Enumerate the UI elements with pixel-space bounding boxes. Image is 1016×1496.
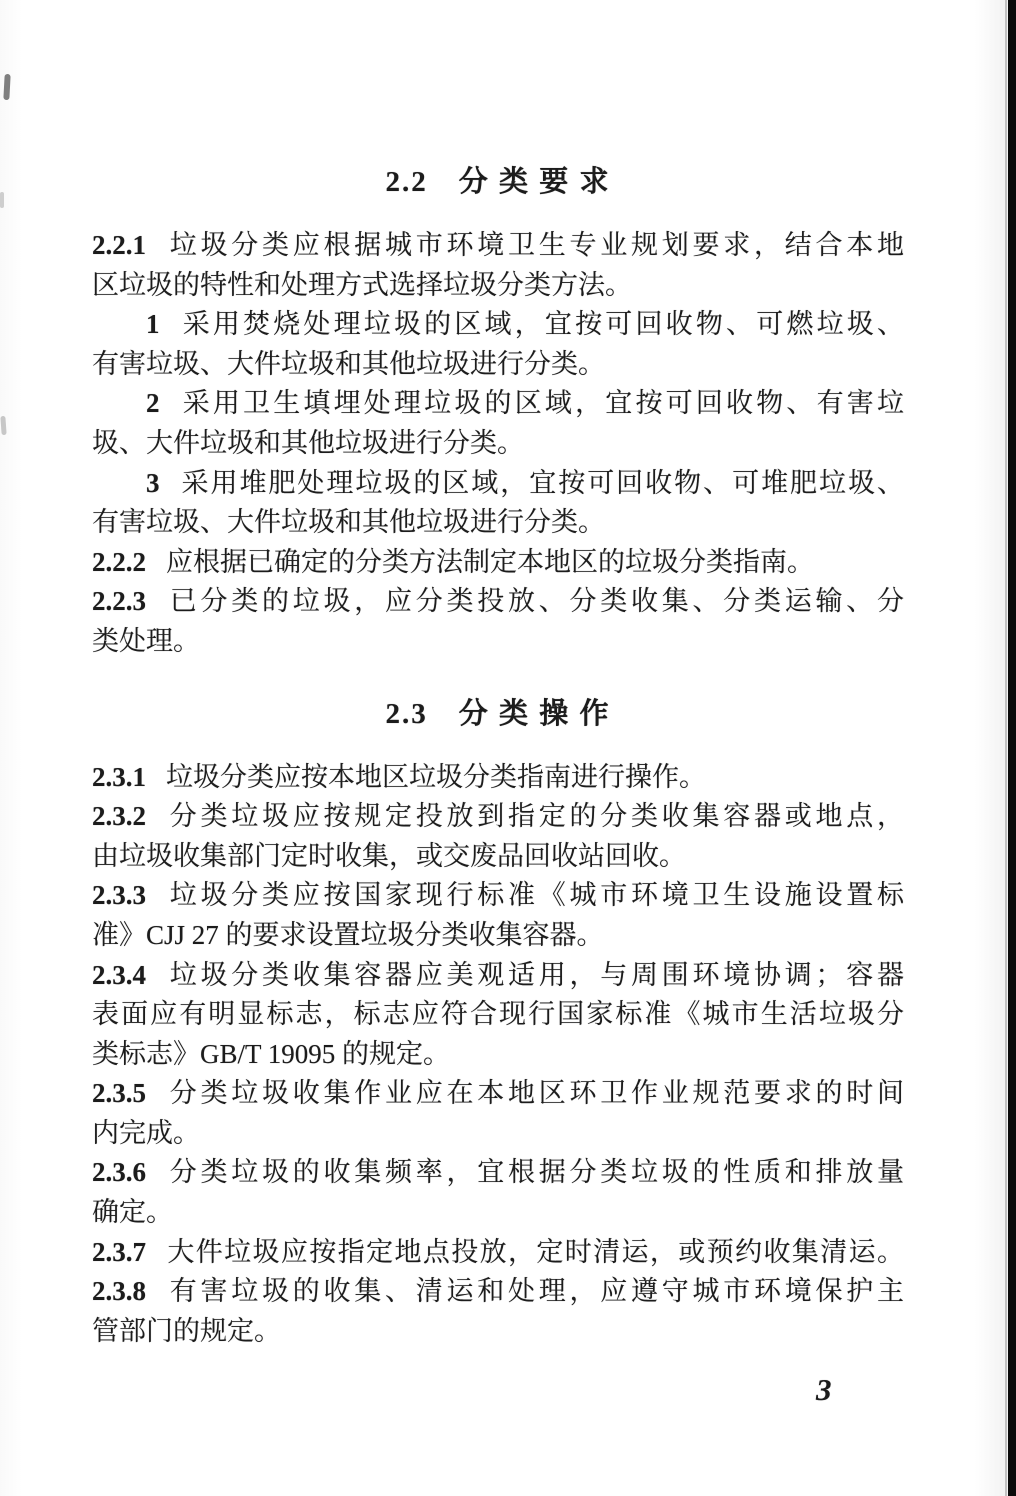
line-text: 圾、大件垃圾和其他垃圾进行分类。	[92, 428, 524, 458]
text-line: 圾、大件垃圾和其他垃圾进行分类。	[92, 424, 904, 464]
line-text: 区垃圾的特性和处理方式选择垃圾分类方法。	[92, 270, 632, 300]
text-line: 有害垃圾、大件垃圾和其他垃圾进行分类。	[92, 503, 904, 543]
text-line: 区垃圾的特性和处理方式选择垃圾分类方法。	[92, 266, 904, 306]
line-text: 采用堆肥处理垃圾的区域，宜按可回收物、可堆肥垃圾、	[180, 468, 905, 498]
clause-number: 3	[146, 468, 160, 498]
text-line: 2.3.2分类垃圾应按规定投放到指定的分类收集容器或地点，	[92, 797, 904, 837]
heading-text: 2.2 分 类 要 求	[385, 166, 610, 198]
text-line: 2.3.3垃圾分类应按国家现行标准《城市环境卫生设施设置标	[92, 876, 904, 916]
text-line: 确定。	[92, 1193, 904, 1233]
line-text: 垃圾分类应按本地区垃圾分类指南进行操作。	[166, 762, 706, 792]
clause-number: 2	[146, 388, 160, 418]
clause-number: 2.2.3	[92, 586, 146, 616]
page-number: 3	[816, 1372, 832, 1408]
section-heading: 2.3 分 类 操 作	[92, 694, 904, 734]
line-text: 由垃圾收集部门定时收集，或交废品回收站回收。	[92, 841, 686, 871]
text-line: 有害垃圾、大件垃圾和其他垃圾进行分类。	[92, 345, 904, 385]
text-line: 类标志》GB/T 19095 的规定。	[92, 1035, 904, 1075]
text-line: 内完成。	[92, 1114, 904, 1154]
line-text: 大件垃圾应按指定地点投放，定时清运，或预约收集清运。	[166, 1237, 904, 1267]
text-line: 2采用卫生填埋处理垃圾的区域，宜按可回收物、有害垃	[92, 384, 904, 424]
scan-edge-shadow	[1005, 0, 1007, 1496]
line-text: 有害垃圾的收集、清运和处理，应遵守城市环境保护主	[166, 1276, 904, 1306]
text-line: 2.3.5分类垃圾收集作业应在本地区环卫作业规范要求的时间	[92, 1074, 904, 1114]
line-text: 应根据已确定的分类方法制定本地区的垃圾分类指南。	[166, 547, 814, 577]
text-line: 2.3.4垃圾分类收集容器应美观适用，与周围环境协调；容器	[92, 956, 904, 996]
text-line: 1采用焚烧处理垃圾的区域，宜按可回收物、可燃垃圾、	[92, 305, 904, 345]
clause-number: 2.3.4	[92, 960, 146, 990]
clause-number: 2.2.2	[92, 547, 146, 577]
line-text: 分类垃圾收集作业应在本地区环卫作业规范要求的时间	[166, 1078, 904, 1108]
line-text: 确定。	[92, 1197, 173, 1227]
text-line: 管部门的规定。	[92, 1312, 904, 1352]
line-text: 采用焚烧处理垃圾的区域，宜按可回收物、可燃垃圾、	[180, 309, 905, 339]
text-line: 3采用堆肥处理垃圾的区域，宜按可回收物、可堆肥垃圾、	[92, 464, 904, 504]
line-text: 有害垃圾、大件垃圾和其他垃圾进行分类。	[92, 349, 605, 379]
text-line: 由垃圾收集部门定时收集，或交废品回收站回收。	[92, 837, 904, 877]
line-text: 分类垃圾应按规定投放到指定的分类收集容器或地点，	[166, 801, 904, 831]
line-text: 垃圾分类应根据城市环境卫生专业规划要求，结合本地	[166, 230, 904, 260]
line-text: 内完成。	[92, 1118, 200, 1148]
line-text: 类标志》GB/T 19095 的规定。	[92, 1039, 450, 1069]
page-content: 2.2 分 类 要 求2.2.1垃圾分类应根据城市环境卫生专业规划要求，结合本地…	[92, 0, 904, 1351]
clause-number: 2.3.5	[92, 1078, 146, 1108]
clause-number: 2.2.1	[92, 230, 146, 260]
clause-number: 2.3.6	[92, 1157, 146, 1187]
text-line: 2.3.6分类垃圾的收集频率，宜根据分类垃圾的性质和排放量	[92, 1153, 904, 1193]
text-line: 准》CJJ 27 的要求设置垃圾分类收集容器。	[92, 916, 904, 956]
scan-smudge	[0, 192, 4, 208]
text-line: 2.2.3已分类的垃圾，应分类投放、分类收集、分类运输、分	[92, 582, 904, 622]
line-text: 已分类的垃圾，应分类投放、分类收集、分类运输、分	[166, 586, 904, 616]
line-text: 管部门的规定。	[92, 1316, 281, 1346]
text-line: 2.3.7大件垃圾应按指定地点投放，定时清运，或预约收集清运。	[92, 1233, 904, 1273]
line-text: 类处理。	[92, 626, 200, 656]
clause-number: 2.3.2	[92, 801, 146, 831]
line-text: 分类垃圾的收集频率，宜根据分类垃圾的性质和排放量	[166, 1157, 904, 1187]
line-text: 采用卫生填埋处理垃圾的区域，宜按可回收物、有害垃	[180, 388, 905, 418]
text-line: 2.3.8有害垃圾的收集、清运和处理，应遵守城市环境保护主	[92, 1272, 904, 1312]
line-text: 垃圾分类应按国家现行标准《城市环境卫生设施设置标	[166, 880, 904, 910]
section-heading: 2.2 分 类 要 求	[92, 162, 904, 202]
scan-edge-strip	[1008, 0, 1016, 1496]
clause-number: 2.3.3	[92, 880, 146, 910]
line-text: 表面应有明显标志，标志应符合现行国家标准《城市生活垃圾分	[92, 999, 904, 1029]
scanned-page: 2.2 分 类 要 求2.2.1垃圾分类应根据城市环境卫生专业规划要求，结合本地…	[0, 0, 1016, 1496]
text-line: 2.2.2应根据已确定的分类方法制定本地区的垃圾分类指南。	[92, 543, 904, 583]
clause-number: 2.3.1	[92, 762, 146, 792]
scan-smudge	[3, 74, 10, 100]
text-line: 表面应有明显标志，标志应符合现行国家标准《城市生活垃圾分	[92, 995, 904, 1035]
line-text: 准》CJJ 27 的要求设置垃圾分类收集容器。	[92, 920, 604, 950]
text-line: 2.2.1垃圾分类应根据城市环境卫生专业规划要求，结合本地	[92, 226, 904, 266]
line-text: 垃圾分类收集容器应美观适用，与周围环境协调；容器	[166, 960, 904, 990]
line-text: 有害垃圾、大件垃圾和其他垃圾进行分类。	[92, 507, 605, 537]
clause-number: 1	[146, 309, 160, 339]
scan-smudge	[0, 416, 6, 435]
clause-number: 2.3.8	[92, 1276, 146, 1306]
heading-text: 2.3 分 类 操 作	[385, 698, 610, 730]
text-line: 2.3.1垃圾分类应按本地区垃圾分类指南进行操作。	[92, 758, 904, 798]
clause-number: 2.3.7	[92, 1237, 146, 1267]
text-line: 类处理。	[92, 622, 904, 662]
